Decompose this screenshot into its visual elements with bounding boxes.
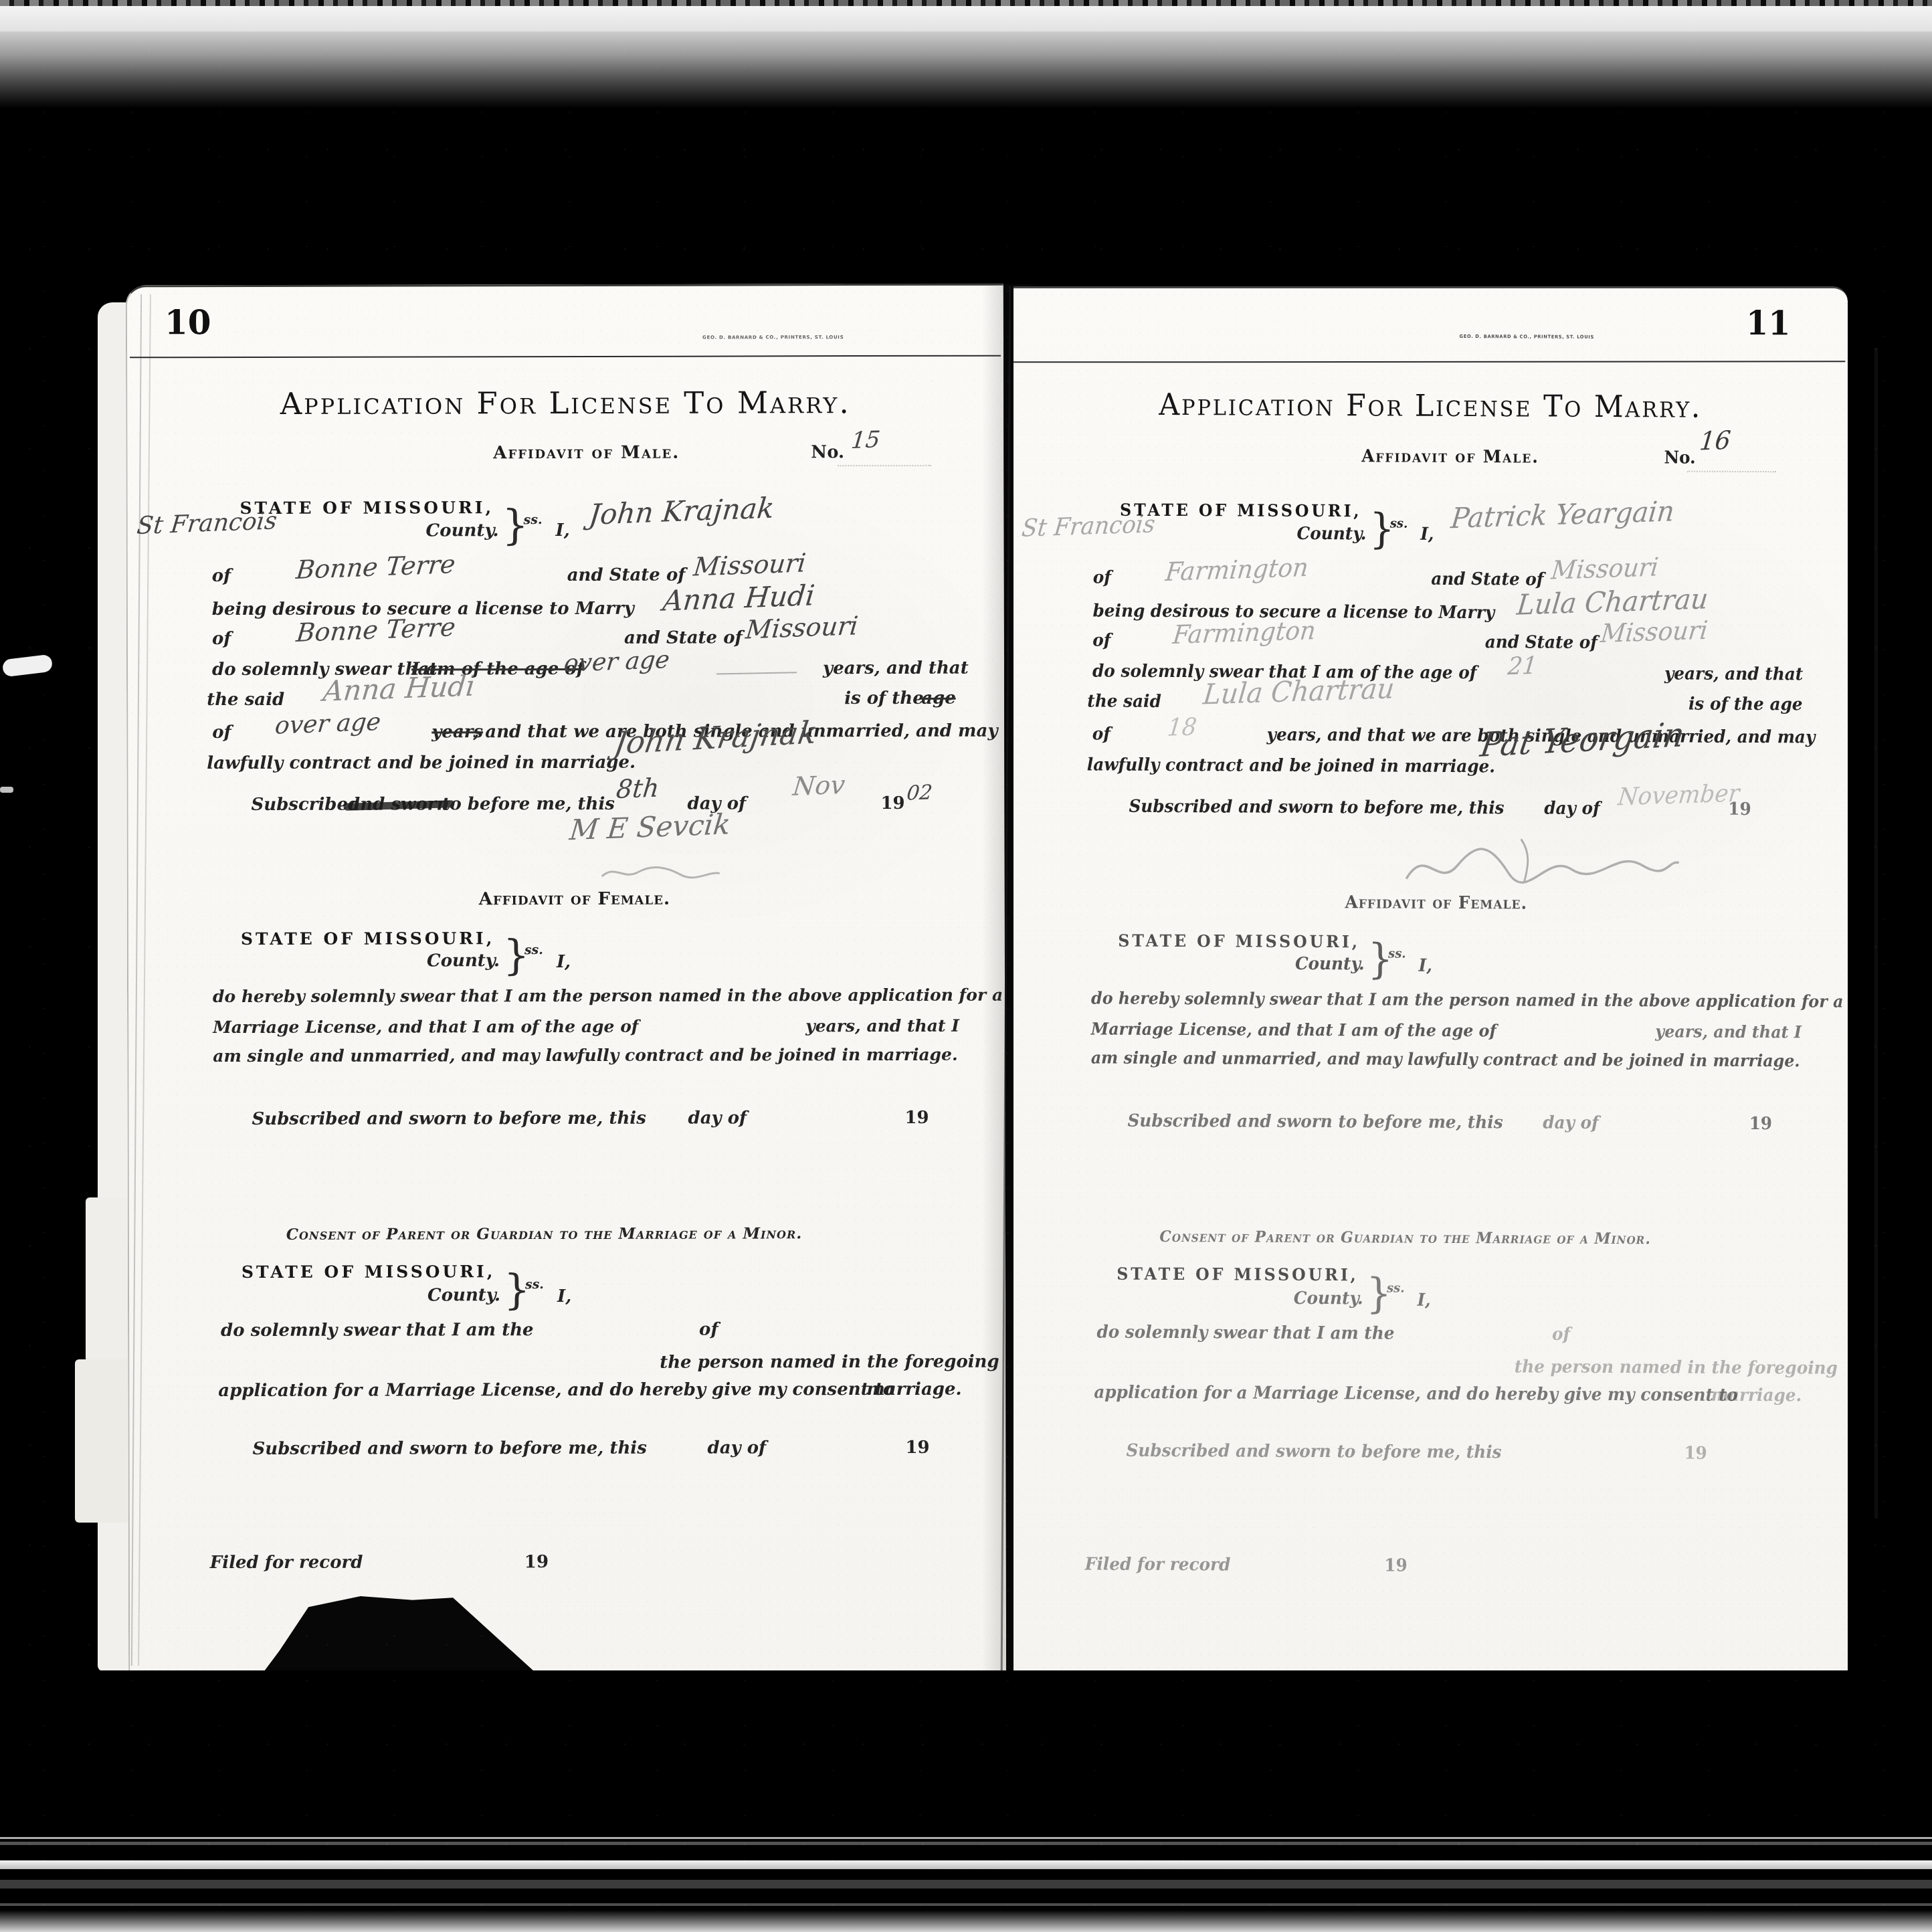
consent-line2: the person named in the foregoing — [660, 1353, 999, 1371]
of-label: of — [212, 724, 231, 741]
is-of-the: is of the — [844, 690, 924, 707]
printer-imprint: GEO. D. BARNARD & CO., PRINTERS, ST. LOU… — [702, 335, 844, 340]
day-of: day of — [688, 1109, 747, 1127]
bride-state-handwritten: Missouri — [745, 613, 860, 642]
i-label: I, — [557, 1288, 571, 1305]
year-19: 19 — [1749, 1115, 1773, 1133]
groom-residence-handwritten: Farmington — [1164, 555, 1309, 585]
year-19: 19 — [1728, 801, 1751, 818]
county-label: County. — [427, 952, 500, 969]
sworn-year-suffix-handwritten: 02 — [906, 783, 933, 804]
day-of: day of — [1543, 1115, 1599, 1132]
consent-heading: Consent of Parent or Guardian to the Mar… — [1159, 1229, 1651, 1246]
age-word-struck: age — [921, 690, 956, 707]
consent-heading: Consent of Parent or Guardian to the Mar… — [286, 1226, 803, 1242]
left-page: 10 GEO. D. BARNARD & CO., PRINTERS, ST. … — [126, 284, 1006, 1679]
female-line1: do hereby solemnly swear that I am the p… — [1091, 989, 1843, 1009]
bride-name-handwritten: Lula Chartrau — [1515, 585, 1709, 619]
film-artifact-bottom-band — [0, 1670, 1932, 1932]
ss-label: ss. — [1388, 948, 1406, 961]
affidavit-male-heading: Affidavit of Male. — [493, 444, 680, 462]
printer-imprint: GEO. D. BARNARD & CO., PRINTERS, ST. LOU… — [1460, 334, 1594, 340]
film-streak — [0, 1903, 1932, 1906]
bride-residence-handwritten: Farmington — [1171, 617, 1317, 648]
day-of: day of — [707, 1439, 766, 1456]
of-label: of — [212, 567, 231, 585]
of-label: of — [1092, 726, 1110, 743]
bride-name-repeat-handwritten: Anna Hudi — [322, 672, 476, 706]
bride-name-handwritten: Anna Hudi — [662, 581, 816, 615]
groom-name-handwritten: Patrick Yeargain — [1450, 497, 1676, 533]
notary-signature: M E Sevcik — [568, 810, 731, 844]
the-said: the said — [1087, 692, 1161, 710]
groom-signature: John Krajnak — [612, 716, 819, 759]
female-line2b: years, and that I — [1655, 1023, 1802, 1040]
county-handwritten: St Francois — [1021, 512, 1157, 541]
to-before-line: to before me, this — [442, 795, 615, 813]
county-handwritten: St Francois — [136, 509, 278, 539]
i-label: I, — [557, 953, 571, 971]
head-rule — [1013, 361, 1845, 363]
subscribed-line: Subscribed and sworn to before me, this — [1126, 1442, 1501, 1462]
female-line2a: Marriage License, and that I am of the a… — [213, 1018, 639, 1036]
subscribed-line: Subscribed and sworn to before me, this — [252, 1440, 646, 1458]
female-line2b: years, and that I — [805, 1018, 959, 1034]
i-label: I, — [1420, 526, 1434, 543]
sworn-day-handwritten: 8th — [615, 775, 660, 803]
page-number: 10 — [165, 306, 211, 339]
and-state-of: and State of — [567, 567, 686, 584]
no-label: No. — [1664, 449, 1695, 466]
groom-residence-handwritten: Bonne Terre — [295, 551, 457, 583]
ss-label: ss. — [1390, 518, 1408, 530]
handwritten-dash — [716, 672, 797, 674]
bride-state-handwritten: Missouri — [1600, 617, 1709, 646]
state-of-missouri: STATE OF MISSOURI, — [1117, 1266, 1358, 1284]
consent-line3b: marriage. — [1711, 1387, 1802, 1405]
film-artifact-top-edge — [0, 0, 1932, 6]
application-number-handwritten: 16 — [1699, 427, 1732, 454]
subscribed-line: Subscribed and sworn to before me, this — [252, 1110, 646, 1128]
of-label: of — [1093, 569, 1111, 587]
state-of-missouri: STATE OF MISSOURI, — [241, 930, 495, 947]
filed-for-record: Filed for record — [210, 1554, 363, 1571]
the-said: the said — [207, 691, 284, 708]
female-line2a: Marriage License, and that I am of the a… — [1091, 1020, 1496, 1039]
bride-age-handwritten: over age — [274, 710, 381, 739]
sworn-month-handwritten: November — [1617, 782, 1741, 810]
female-line1: do hereby solemnly swear that I am the p… — [213, 987, 1003, 1005]
consent-line3b: marriage. — [866, 1381, 961, 1398]
film-streak — [0, 1842, 1932, 1845]
affidavit-female-heading: Affidavit of Female. — [1345, 894, 1528, 912]
subscribed-line: Subscribed and sworn to before me, this — [1127, 1113, 1503, 1132]
no-label: No. — [811, 444, 844, 461]
female-line3: am single and unmarried, and may lawfull… — [1091, 1049, 1800, 1069]
illegible-notary-signature-marks — [1393, 826, 1686, 900]
county-label: County. — [427, 1286, 500, 1304]
right-page-content: 11 GEO. D. BARNARD & CO., PRINTERS, ST. … — [1008, 288, 1848, 1682]
consent-of: of — [1552, 1326, 1570, 1343]
and-sworn-struck: and sworn — [349, 794, 449, 814]
consent-of: of — [699, 1321, 718, 1339]
head-rule — [130, 355, 1001, 359]
year-19: 19 — [904, 1109, 929, 1127]
ss-label: ss. — [1387, 1282, 1405, 1295]
county-label: County. — [1297, 525, 1367, 543]
years-and-that: years, and that — [1664, 665, 1803, 683]
film-streak — [0, 1860, 1932, 1869]
i-label: I, — [1419, 957, 1432, 975]
bride-age-handwritten: 18 — [1166, 715, 1197, 741]
sworn-month-handwritten: Nov — [791, 772, 846, 799]
years-and-that: years, and that — [823, 660, 969, 677]
of-label: of — [1092, 632, 1110, 650]
subscribed-line: Subscribed and sworn to before me, this — [1129, 798, 1504, 817]
state-of-missouri: STATE OF MISSOURI, — [242, 1263, 496, 1280]
i-label: I, — [1417, 1292, 1430, 1309]
film-artifact-dot — [0, 787, 13, 793]
county-label: County. — [1294, 1290, 1363, 1307]
consent-line1: do solemnly swear that I am the — [1096, 1324, 1394, 1343]
bride-name-repeat-handwritten: Lula Chartrau — [1201, 674, 1395, 708]
county-label: County. — [426, 522, 499, 539]
film-artifact-dash — [2, 654, 54, 678]
and-state-of: and State of — [624, 629, 743, 646]
groom-state-handwritten: Missouri — [692, 550, 807, 579]
consent-line1: do solemnly swear that I am the — [221, 1321, 534, 1339]
and-state-of: and State of — [1431, 571, 1543, 589]
day-of: day of — [1544, 800, 1600, 817]
form-title: Application For License To Marry. — [1013, 389, 1848, 423]
application-number-handwritten: 15 — [850, 428, 882, 452]
illegible-notary-marks — [597, 859, 724, 884]
film-artifact-white-band — [0, 6, 1932, 31]
form-title: Application For License To Marry. — [127, 387, 1003, 419]
film-scratch — [1874, 348, 1878, 1519]
state-of-missouri: STATE OF MISSOURI, — [1118, 933, 1359, 951]
groom-state-handwritten: Missouri — [1550, 554, 1660, 583]
left-page-content: 10 GEO. D. BARNARD & CO., PRINTERS, ST. … — [127, 286, 1006, 1678]
i-label: I, — [556, 522, 570, 539]
lawfully-line: lawfully contract and be joined in marri… — [1087, 756, 1495, 775]
film-artifact-fade-band — [0, 31, 1932, 108]
is-of-the-age: is of the age — [1688, 696, 1803, 714]
year-19: 19 — [1384, 1557, 1408, 1575]
underpage-tab-2 — [75, 1359, 132, 1523]
consent-line3a: application for a Marriage License, and … — [1094, 1384, 1737, 1404]
blank-line — [838, 465, 931, 466]
groom-name-handwritten: John Krajnak — [587, 494, 775, 528]
groom-age-handwritten: 21 — [1507, 654, 1538, 680]
consent-line2: the person named in the foregoing — [1515, 1358, 1838, 1377]
film-streak — [0, 1837, 1932, 1839]
year-19: 19 — [905, 1439, 929, 1456]
affidavit-male-heading: Affidavit of Male. — [1361, 448, 1539, 466]
affidavit-female-heading: Affidavit of Female. — [479, 890, 670, 908]
year-19: 19 — [880, 795, 904, 812]
year-19: 19 — [1684, 1445, 1707, 1462]
lawfully-line: lawfully contract and be joined in marri… — [207, 754, 636, 772]
page-number: 11 — [1746, 306, 1790, 340]
film-streak — [0, 1910, 1932, 1932]
of-label: of — [212, 630, 231, 648]
consent-line3a: application for a Marriage License, and … — [218, 1381, 894, 1399]
bride-residence-handwritten: Bonne Terre — [295, 614, 457, 646]
female-line3: am single and unmarried, and may lawfull… — [213, 1046, 958, 1064]
year-19: 19 — [524, 1553, 549, 1571]
ss-label: ss. — [525, 1278, 544, 1291]
and-state-of: and State of — [1485, 634, 1598, 652]
right-page: 11 GEO. D. BARNARD & CO., PRINTERS, ST. … — [1013, 286, 1848, 1680]
groom-signature: Pat Yeorgain — [1478, 718, 1687, 762]
film-streak — [0, 1880, 1932, 1889]
filed-for-record: Filed for record — [1085, 1555, 1231, 1573]
ss-label: ss. — [524, 944, 543, 957]
blank-line — [1687, 471, 1776, 473]
county-label: County. — [1295, 955, 1365, 973]
groom-age-handwritten: over age — [563, 648, 670, 676]
ss-label: ss. — [524, 514, 543, 526]
microfilm-scan: 10 GEO. D. BARNARD & CO., PRINTERS, ST. … — [0, 0, 1932, 1932]
underpage-tab-1 — [86, 1197, 131, 1362]
